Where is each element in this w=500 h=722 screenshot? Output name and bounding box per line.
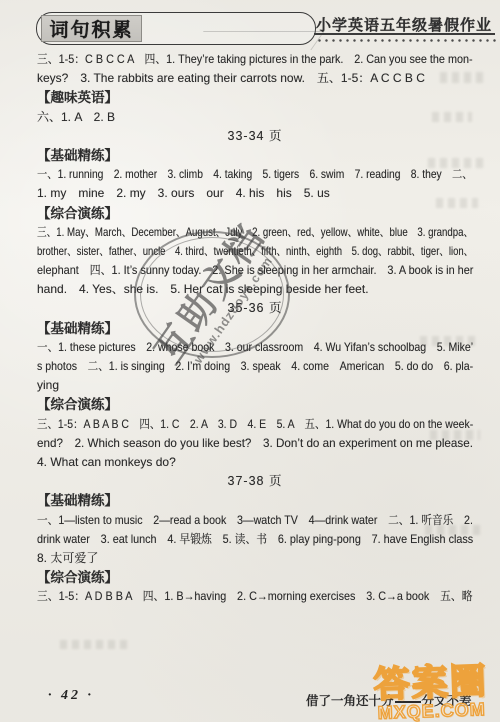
text-line: elephant 四、1. It’s sunny today. 2. She i… (37, 261, 433, 280)
text-line: 8. 太可爱了 (37, 549, 473, 568)
section-heading: 【基础精练】 (37, 146, 473, 165)
section-heading: 【基础精练】 (37, 319, 473, 338)
text-line: 三、1-5：C B C C A 四、1. They’re taking pict… (37, 50, 430, 69)
text-line: drink water 3. eat lunch 4. 早锻炼 5. 读、书 6… (37, 530, 430, 549)
text-line: 三、1-5：A D B B A 四、1. B→having 2. C→morni… (37, 587, 430, 606)
text-line: keys? 3. The rabbits are eating their ca… (37, 69, 473, 88)
section-heading: 【综合演练】 (37, 568, 473, 587)
page-number: · 42 · (48, 688, 94, 704)
text-line: 一、1. these pictures 2. whose book 3. our… (37, 338, 421, 357)
page-range-heading: 35-36 页 (37, 299, 473, 318)
text-line: 一、1—listen to music 2—read a book 3—watc… (37, 511, 425, 530)
text-line: 一、1. running 2. mother 3. climb 4. takin… (37, 165, 411, 184)
footer-saying: 借了一角还十分分文不差 (306, 691, 472, 709)
text-line: ying (37, 376, 473, 395)
text-line: 三、1-5：A B A B C 四、1. C 2. A 3. D 4. E 5.… (37, 415, 417, 434)
text-line: end? 2. Which season do you like best? 3… (37, 434, 460, 453)
text-line: 六、1. A 2. B (37, 108, 473, 127)
footer-saying-right: 分文不差 (422, 694, 472, 708)
page-range-heading: 33-34 页 (37, 127, 473, 146)
section-heading: 【综合演练】 (37, 395, 473, 414)
booklet-underline (314, 33, 495, 35)
column-title: 词句积累 (49, 15, 133, 42)
text-line: s photos 二、1. is singing 2. I’m doing 3.… (37, 357, 422, 376)
text-line: brother、sister、father、uncle 4. third、twe… (37, 242, 383, 261)
section-heading: 【趣味英语】 (37, 88, 473, 107)
booklet-title: 小学英语五年级暑假作业 (316, 14, 492, 35)
text-line: 1. my mine 2. my 3. ours our 4. his his … (37, 184, 473, 203)
section-heading: 【综合演练】 (37, 204, 473, 223)
header-frame-decoration (190, 31, 324, 50)
scanned-workbook-page: { "header": { "column_title": "词句积累", "b… (0, 0, 500, 722)
dotted-rule (316, 38, 496, 43)
text-line: 4. What can monkeys do? (37, 453, 473, 472)
bleed-through-smudge (60, 640, 130, 649)
page-range-heading: 37-38 页 (37, 472, 473, 491)
text-line: 三、1. May、March、December、August、July 2. g… (37, 223, 388, 242)
column-title-badge: 词句积累 (41, 15, 142, 42)
page-body: 三、1-5：C B C C A 四、1. They’re taking pict… (37, 50, 473, 606)
section-heading: 【基础精练】 (37, 491, 473, 510)
text-line: hand. 4. Yes、she is. 5. Her cat is sleep… (37, 280, 473, 299)
footer-saying-left: 借了一角还十分 (306, 694, 394, 708)
saying-dash (395, 701, 421, 703)
